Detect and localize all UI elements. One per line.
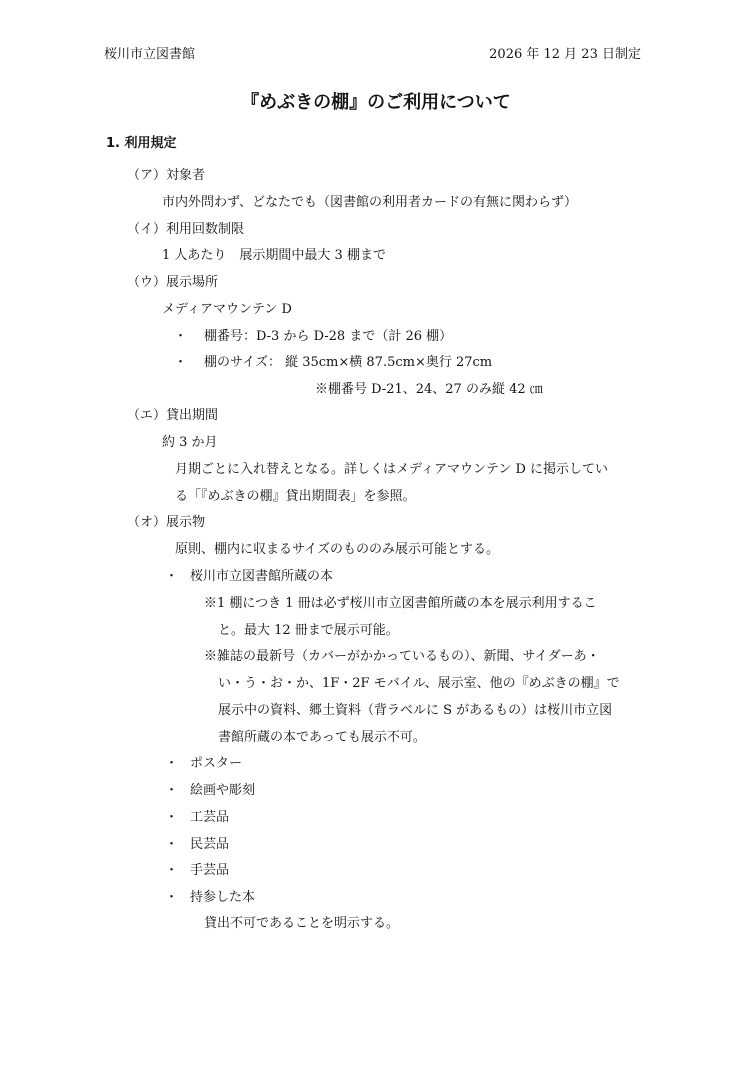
library-books-note-2-line-2: い・う・お・か、1F・2F モバイル、展示室、他の『めぶきの棚』で — [218, 675, 620, 693]
bullet-icon: ・ — [174, 328, 187, 346]
header-organization: 桜川市立図書館 — [104, 46, 195, 64]
bullet-icon: ・ — [165, 836, 178, 854]
item-location-place: メディアマウンテン D — [162, 301, 292, 319]
loan-period-desc-2: る「『めぶきの棚』貸出期間表」を参照。 — [175, 488, 416, 506]
bullet-icon: ・ — [165, 755, 178, 773]
exhibit-item-own-books: 持参した本 — [190, 889, 255, 907]
page-title: 『めぶきの棚』のご利用について — [0, 91, 752, 115]
item-body-limit: 1 人あたり 展示期間中最大 3 棚まで — [162, 247, 386, 265]
exhibits-intro: 原則、棚内に収まるサイズのもののみ展示可能とする。 — [175, 541, 499, 559]
exhibit-item-handicrafts: 手芸品 — [190, 862, 229, 880]
library-books-note-1-line-2: と。最大 12 冊まで展示可能。 — [218, 622, 399, 640]
bullet-icon: ・ — [165, 782, 178, 800]
bullet-icon: ・ — [165, 862, 178, 880]
bullet-icon: ・ — [165, 889, 178, 907]
item-label-location: （ウ）展示場所 — [127, 274, 218, 292]
section-heading: 1. 利用規定 — [106, 135, 177, 153]
library-books-note-2-line-4: 書館所蔵の本であっても展示不可。 — [218, 729, 426, 747]
bullet-icon: ・ — [165, 809, 178, 827]
library-books-note-2-line-1: ※雑誌の最新号（カバーがかかっているもの）、新聞、サイダーあ・ — [204, 648, 600, 666]
exhibit-item-crafts: 工芸品 — [190, 809, 229, 827]
exhibit-item-poster: ポスター — [190, 755, 242, 773]
loan-period: 約 3 か月 — [162, 434, 218, 452]
exhibit-item-folk-crafts: 民芸品 — [190, 836, 229, 854]
item-label-exhibits: （オ）展示物 — [127, 514, 205, 532]
bullet-icon: ・ — [165, 568, 178, 586]
own-books-note: 貸出不可であることを明示する。 — [204, 915, 399, 933]
shelf-number-range: 棚番号：D-3 から D-28 まで（計 26 棚） — [204, 328, 452, 346]
item-label-limit: （イ）利用回数制限 — [127, 221, 244, 239]
shelf-size: 棚のサイズ： 縦 35cm×横 87.5cm×奥行 27cm — [204, 354, 492, 372]
item-label-period: （エ）貸出期間 — [127, 407, 218, 425]
item-label-target: （ア）対象者 — [127, 167, 205, 185]
library-books-note-2-line-3: 展示中の資料、郷土資料（背ラベルに S があるもの）は桜川市立図 — [218, 702, 612, 720]
exhibit-item-painting: 絵画や彫刻 — [190, 782, 255, 800]
bullet-icon: ・ — [174, 354, 187, 372]
item-body-target: 市内外問わず、どなたでも（図書館の利用者カードの有無に関わらず） — [162, 194, 577, 212]
library-books-note-1-line-1: ※1 棚につき 1 冊は必ず桜川市立図書館所蔵の本を展示利用するこ — [204, 595, 597, 613]
exhibit-item-library-books: 桜川市立図書館所蔵の本 — [190, 568, 333, 586]
shelf-size-note: ※棚番号 D-21、24、27 のみ縦 42 ㎝ — [315, 381, 543, 399]
loan-period-desc-1: 月期ごとに入れ替えとなる。詳しくはメディアマウンテン D に掲示してい — [175, 461, 608, 479]
header-date: 2026 年 12 月 23 日制定 — [489, 46, 641, 64]
